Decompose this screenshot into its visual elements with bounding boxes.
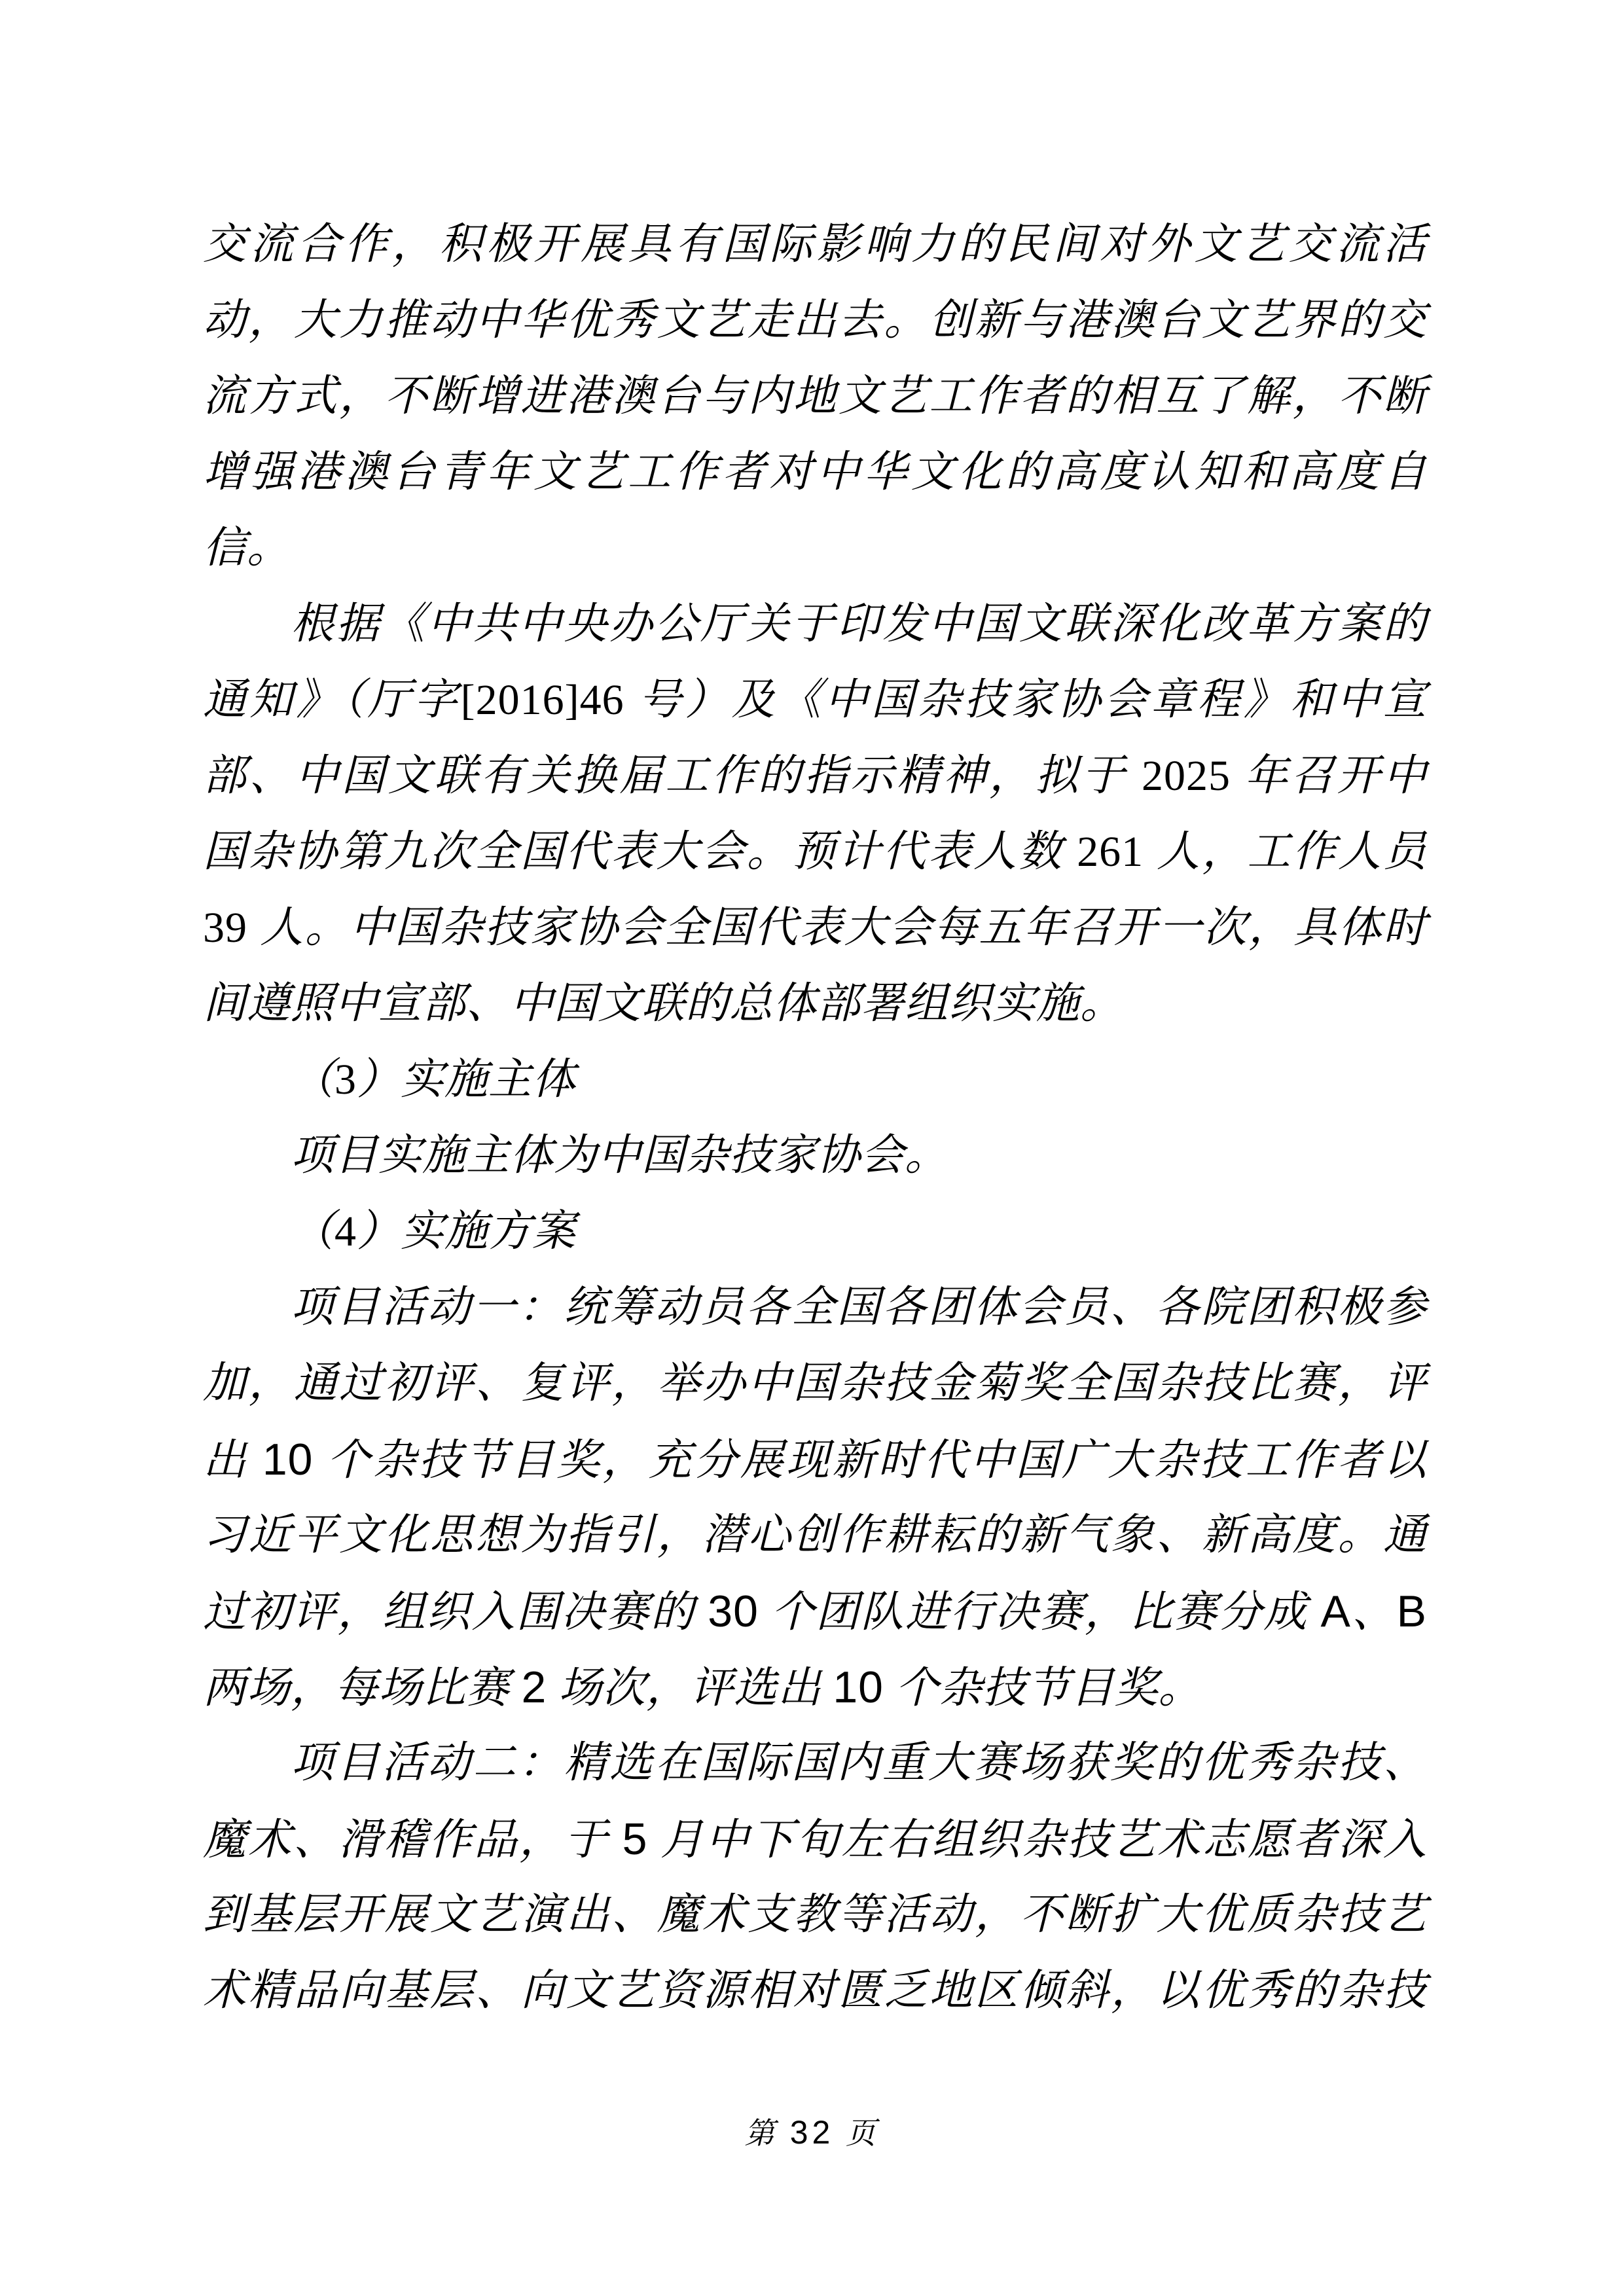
text-line-6: 根据《中共中央办公厅关于印发中国文联深化改革方案的 (203, 586, 1427, 662)
text-segment: 项目活动一：统筹动员各全国各团体会员、各院团积极参 (291, 1283, 1427, 1331)
document-body-text: 交流合作，积极开展具有国际影响力的民间对外文艺交流活动，大力推动中华优秀文艺走出… (203, 207, 1427, 2029)
text-line-10: 39 人。中国杂技家协会全国代表大会每五年召开一次，具体时 (203, 890, 1427, 966)
text-line-21: 项目活动二：精选在国际国内重大赛场获奖的优秀杂技、 (203, 1725, 1427, 1801)
text-segment: 信。 (203, 524, 291, 572)
text-line-9: 国杂协第九次全国代表大会。预计代表人数 261 人，工作人员 (203, 814, 1427, 890)
document-page: 交流合作，积极开展具有国际影响力的民间对外文艺交流活动，大力推动中华优秀文艺走出… (0, 0, 1624, 2296)
text-line-2: 动，大力推动中华优秀文艺走出去。创新与港澳台文艺界的交 (203, 283, 1427, 359)
text-line-13: 项目实施主体为中国杂技家协会。 (203, 1118, 1427, 1194)
text-line-5: 信。 (203, 511, 1427, 586)
text-segment: 个杂技节目奖，充分展现新时代中国广大杂技工作者以 (313, 1437, 1427, 1484)
text-segment: 页 (834, 2117, 880, 2150)
text-segment: 10 (262, 1435, 314, 1484)
text-line-22: 魔术、滑稽作品，于 5 月中下旬左右组织杂技艺术志愿者深入 (203, 1801, 1427, 1877)
text-segment: 人。中国杂技家协会全国代表大会每五年召开一次，具体时 (247, 904, 1427, 952)
text-segment: 国杂协第九次全国代表大会。预计代表人数 (203, 828, 1077, 876)
text-segment: 加，通过初评、复评，举办中国杂技金菊奖全国杂技比赛，评 (203, 1359, 1427, 1407)
text-segment: 项目实施主体为中国杂技家协会。 (291, 1132, 948, 1179)
text-line-8: 部、中国文联有关换届工作的指示精神，拟于 2025 年召开中 (203, 738, 1427, 814)
text-segment: 部、中国文联有关换届工作的指示精神，拟于 (203, 752, 1142, 800)
text-segment: 年召开中 (1231, 752, 1427, 800)
text-line-23: 到基层开展文艺演出、魔术支教等活动，不断扩大优质杂技艺 (203, 1877, 1427, 1953)
text-segment: 个杂技节目奖。 (884, 1664, 1202, 1712)
text-segment: 间遵照中宣部、中国文联的总体部署组织实施。 (203, 980, 1124, 1028)
text-segment: 3 (334, 1056, 357, 1103)
text-segment: 出 (203, 1437, 262, 1484)
text-segment: A (1321, 1587, 1351, 1636)
text-line-1: 交流合作，积极开展具有国际影响力的民间对外文艺交流活 (203, 207, 1427, 283)
text-segment: 通知》（厅字 (203, 676, 461, 724)
text-segment: 场次，评选出 (547, 1664, 833, 1712)
text-line-4: 增强港澳台青年文艺工作者对中华文化的高度认知和高度自 (203, 435, 1427, 511)
text-segment: 261 (1077, 828, 1144, 876)
text-line-12: （3）实施主体 (203, 1042, 1427, 1118)
text-line-14: （4）实施方案 (203, 1194, 1427, 1270)
text-segment: B (1397, 1587, 1427, 1636)
text-segment: 魔术、滑稽作品，于 (203, 1816, 623, 1864)
text-segment: 10 (833, 1662, 884, 1712)
text-segment: 号）及《中国杂技家协会章程》和中宣 (624, 676, 1427, 724)
text-line-20: 两场，每场比赛 2 场次，评选出 10 个杂技节目奖。 (203, 1649, 1427, 1725)
text-segment: [2016]46 (461, 676, 624, 724)
text-segment: 术精品向基层、向文艺资源相对匮乏地区倾斜，以优秀的杂技 (203, 1967, 1427, 2015)
text-segment: 习近平文化思想为指引，潜心创作耕耘的新气象、新高度。通 (203, 1511, 1427, 1559)
text-segment: 第 (744, 2117, 790, 2150)
text-segment: 、 (1351, 1588, 1397, 1636)
text-segment: 流方式，不断增进港澳台与内地文艺工作者的相互了解，不断 (203, 372, 1427, 420)
text-segment: 个团队进行决赛，比赛分成 (759, 1588, 1321, 1636)
text-segment: 根据《中共中央办公厅关于印发中国文联深化改革方案的 (291, 600, 1427, 648)
text-segment: 39 (203, 904, 247, 952)
text-segment: 4 (334, 1208, 357, 1255)
text-line-7: 通知》（厅字[2016]46 号）及《中国杂技家协会章程》和中宣 (203, 662, 1427, 738)
page-footer: 第 32 页 (0, 2109, 1624, 2157)
text-line-16: 加，通过初评、复评，举办中国杂技金菊奖全国杂技比赛，评 (203, 1346, 1427, 1422)
text-line-24: 术精品向基层、向文艺资源相对匮乏地区倾斜，以优秀的杂技 (203, 1953, 1427, 2029)
text-line-3: 流方式，不断增进港澳台与内地文艺工作者的相互了解，不断 (203, 359, 1427, 435)
text-segment: 月中下旬左右组织杂技艺术志愿者深入 (647, 1816, 1427, 1864)
text-segment: 两场，每场比赛 (203, 1664, 522, 1712)
text-segment: 人，工作人员 (1144, 828, 1427, 876)
text-segment: 项目活动二：精选在国际国内重大赛场获奖的优秀杂技、 (291, 1739, 1427, 1787)
text-segment: ）实施主体 (357, 1056, 576, 1103)
text-segment: 交流合作，积极开展具有国际影响力的民间对外文艺交流活 (203, 221, 1427, 268)
text-segment: 5 (623, 1814, 648, 1864)
text-segment: （ (291, 1056, 334, 1103)
text-segment: ）实施方案 (357, 1208, 576, 1255)
text-segment: 2 (522, 1662, 547, 1712)
text-line-15: 项目活动一：统筹动员各全国各团体会员、各院团积极参 (203, 1270, 1427, 1346)
text-segment: 32 (790, 2114, 835, 2151)
text-segment: 30 (708, 1587, 759, 1636)
text-line-19: 过初评，组织入围决赛的 30 个团队进行决赛，比赛分成 A、B (203, 1573, 1427, 1649)
text-line-17: 出 10 个杂技节目奖，充分展现新时代中国广大杂技工作者以 (203, 1422, 1427, 1498)
text-segment: 增强港澳台青年文艺工作者对中华文化的高度认知和高度自 (203, 448, 1427, 496)
text-segment: 到基层开展文艺演出、魔术支教等活动，不断扩大优质杂技艺 (203, 1891, 1427, 1939)
text-line-11: 间遵照中宣部、中国文联的总体部署组织实施。 (203, 966, 1427, 1042)
text-segment: 过初评，组织入围决赛的 (203, 1588, 708, 1636)
text-line-18: 习近平文化思想为指引，潜心创作耕耘的新气象、新高度。通 (203, 1498, 1427, 1573)
text-segment: 动，大力推动中华优秀文艺走出去。创新与港澳台文艺界的交 (203, 296, 1427, 344)
text-segment: （ (291, 1208, 334, 1255)
text-segment: 2025 (1142, 752, 1231, 800)
